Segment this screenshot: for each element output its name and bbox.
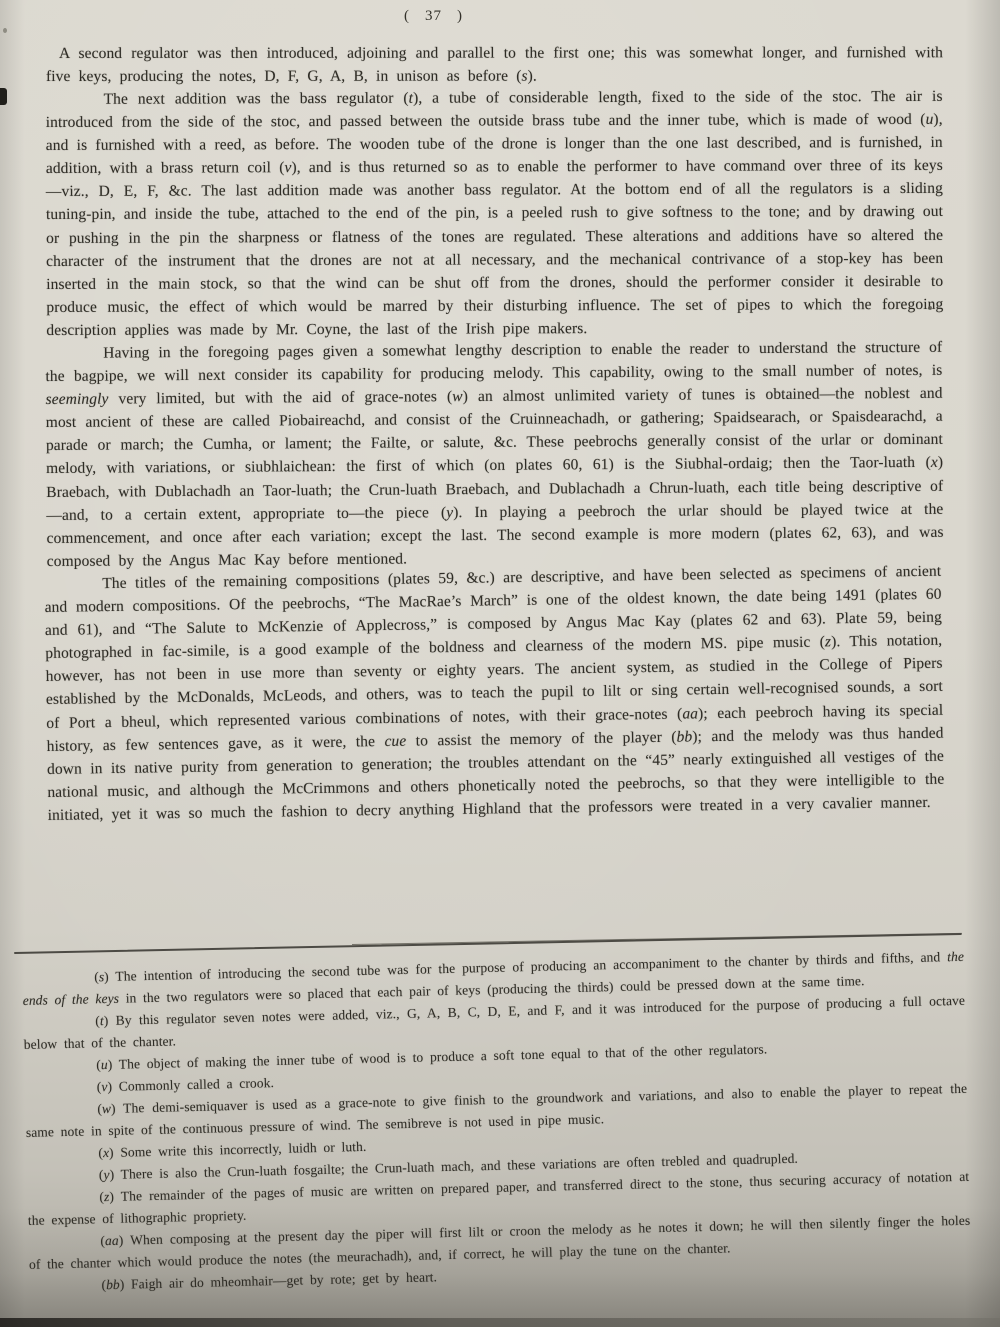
paragraph: A second regulator was then introduced, …: [46, 41, 943, 88]
italic-text: aa: [105, 1233, 119, 1248]
page-bottom-edge: [0, 1318, 1000, 1327]
body-text: ), and is thus returned so as to enable …: [46, 157, 943, 339]
body-text: The next addition was the bass regulator…: [104, 90, 409, 108]
right-paren: ): [457, 8, 463, 25]
paragraph: The next addition was the bass regulator…: [46, 85, 944, 342]
italic-text: cue: [384, 732, 406, 749]
italic-text: seemingly: [46, 391, 109, 408]
italic-text: u: [926, 111, 934, 128]
body-text: ).: [528, 68, 537, 85]
page-number-header: ( 37 ): [404, 8, 463, 25]
body-text: Having in the foregoing pages given a so…: [45, 339, 942, 385]
body-text: to assist the memory of the player (: [406, 728, 677, 749]
italic-text: bb: [676, 728, 692, 745]
scan-speck: [3, 28, 7, 33]
italic-text: w: [452, 388, 463, 405]
scan-speck: [928, 306, 932, 310]
page-number: 37: [425, 8, 442, 25]
body-text: ) Faigh air do mheomhair—get by rote; ge…: [120, 1269, 438, 1291]
paragraph: The titles of the remaining compositions…: [44, 560, 945, 827]
italic-text: v: [284, 160, 291, 177]
italic-text: w: [102, 1101, 111, 1116]
scanned-book-page: ( 37 ) A second regulator was then intro…: [0, 0, 1000, 1327]
footnotes: (s) The intention of introducing the sec…: [22, 946, 972, 1298]
main-text: A second regulator was then introduced, …: [46, 42, 943, 827]
italic-text: aa: [682, 705, 698, 722]
italic-text: bb: [106, 1277, 120, 1292]
body-text: very limited, but with the aid of grace-…: [108, 389, 452, 408]
left-paren: (: [404, 8, 410, 25]
body-text: ) Some write this incorrectly, luidh or …: [109, 1139, 367, 1160]
body-text: A second regulator was then introduced, …: [46, 44, 943, 85]
paragraph: Having in the foregoing pages given a so…: [45, 336, 944, 573]
body-text: The titles of the remaining compositions…: [45, 563, 942, 663]
body-text: ) Commonly called a crook.: [107, 1075, 274, 1094]
scan-speck: [0, 88, 7, 105]
